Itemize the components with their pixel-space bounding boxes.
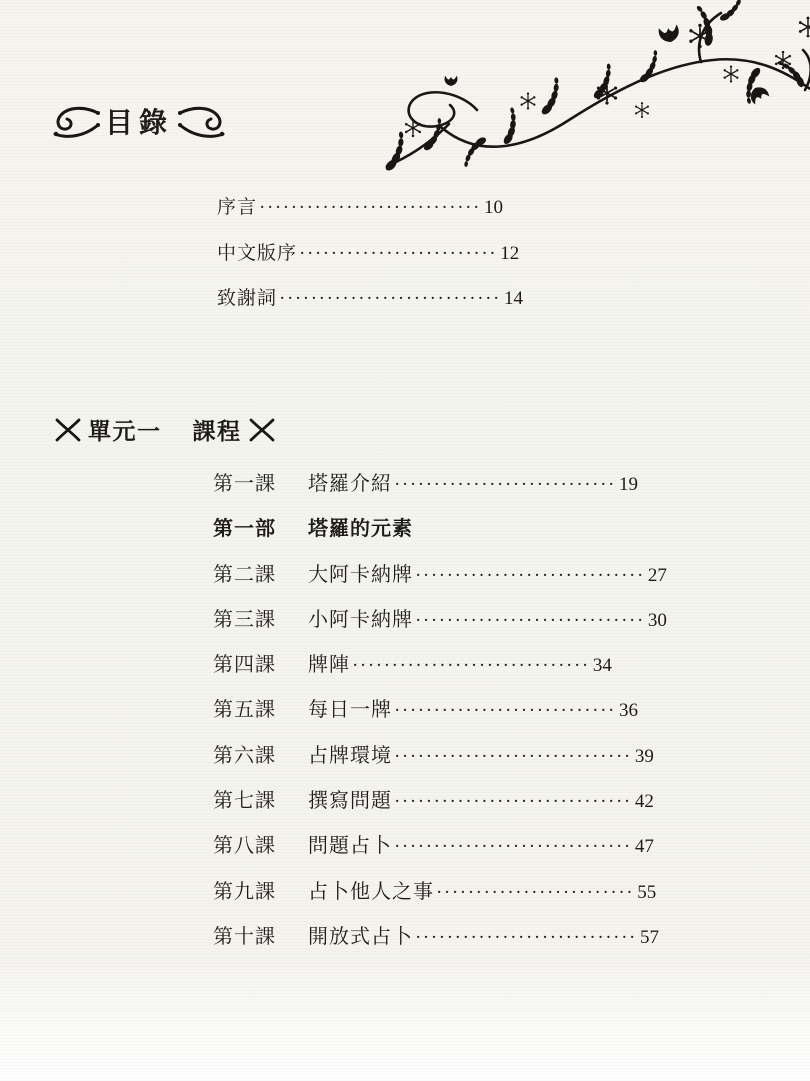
entry-title: 致謝詞 — [217, 283, 277, 310]
dot-leader: ······························ — [394, 746, 632, 768]
page-number: 55 — [637, 882, 656, 904]
dot-leader: ······························ — [352, 655, 590, 677]
toc-entry-row: 第三課 小阿卡納牌 ····························· … — [213, 603, 783, 628]
crossed-leaf-mark-right-icon — [249, 417, 275, 443]
dot-leader: ···························· — [259, 197, 481, 219]
dot-leader: ························· — [436, 882, 634, 904]
dot-leader: ····························· — [415, 610, 645, 632]
crossed-leaf-mark-left-icon — [55, 417, 81, 443]
entry-label: 第三課 — [213, 603, 308, 632]
floral-vine-ornament-icon — [385, 0, 810, 175]
toc-entry-row: 中文版序 ························· 12 — [217, 238, 777, 262]
page-number: 30 — [648, 610, 667, 632]
toc-entry-row: 第六課 占牌環境 ······························ … — [213, 739, 783, 764]
dot-leader: ···························· — [279, 288, 501, 310]
entry-title: 小阿卡納牌 — [308, 603, 413, 632]
entry-label: 第九課 — [213, 875, 308, 904]
entry-title: 每日一牌 — [308, 693, 392, 722]
entry-title: 塔羅介紹 — [308, 467, 392, 496]
title-flourish-right-icon — [178, 105, 226, 139]
page-number: 39 — [635, 746, 654, 768]
entry-title: 占牌環境 — [308, 739, 392, 768]
entry-label: 第四課 — [213, 648, 308, 677]
toc-entry-row: 第二課 大阿卡納牌 ····························· … — [213, 558, 783, 583]
lesson-list: 第一課 塔羅介紹 ···························· 19… — [213, 467, 783, 965]
dot-leader: ···························· — [394, 700, 616, 722]
entry-title: 牌陣 — [308, 648, 350, 677]
page-number: 57 — [640, 927, 659, 949]
page-title-text: 目錄 — [105, 101, 173, 141]
entry-label: 第五課 — [213, 693, 308, 722]
entry-label: 第七課 — [213, 784, 308, 813]
entry-label: 第十課 — [213, 920, 308, 949]
toc-entry-row: 第一課 塔羅介紹 ···························· 19 — [213, 467, 783, 492]
entry-title: 大阿卡納牌 — [308, 558, 413, 587]
toc-entry-row: 第四課 牌陣 ······························ 34 — [213, 648, 783, 673]
entry-label: 第一部 — [213, 512, 308, 541]
entry-label: 第一課 — [213, 467, 308, 496]
page-number: 36 — [619, 700, 638, 722]
toc-entry-row: 第七課 撰寫問題 ······························ … — [213, 784, 783, 809]
toc-part-row: 第一部 塔羅的元素 — [213, 512, 783, 537]
page-number: 34 — [593, 655, 612, 677]
toc-entry-row: 序言 ···························· 10 — [217, 192, 777, 216]
entry-title: 塔羅的元素 — [308, 512, 413, 541]
entry-title: 問題占卜 — [308, 829, 392, 858]
dot-leader: ······························ — [394, 836, 632, 858]
dot-leader: ···························· — [415, 927, 637, 949]
dot-leader: ···························· — [394, 474, 616, 496]
entry-title: 撰寫問題 — [308, 784, 392, 813]
title-flourish-left-icon — [52, 105, 100, 139]
entry-label: 第二課 — [213, 558, 308, 587]
page-number: 12 — [500, 243, 519, 265]
entry-label: 第六課 — [213, 739, 308, 768]
entry-title: 占卜他人之事 — [308, 875, 434, 904]
dot-leader: ····························· — [415, 565, 645, 587]
toc-page: 目錄 序言 ···························· 10 中文… — [0, 0, 810, 1081]
unit-title: 課程 — [193, 413, 242, 446]
dot-leader: ························· — [299, 243, 497, 265]
page-number: 19 — [619, 474, 638, 496]
page-number: 27 — [648, 565, 667, 587]
entry-title: 序言 — [217, 192, 257, 219]
page-number: 47 — [635, 836, 654, 858]
toc-entry-row: 第五課 每日一牌 ···························· 36 — [213, 693, 783, 718]
toc-entry-row: 第九課 占卜他人之事 ························· 55 — [213, 875, 783, 900]
page-number: 42 — [635, 791, 654, 813]
unit-label: 單元一 — [88, 413, 162, 446]
front-matter-list: 序言 ···························· 10 中文版序 … — [217, 192, 777, 329]
toc-entry-row: 第十課 開放式占卜 ···························· 5… — [213, 920, 783, 945]
entry-title: 開放式占卜 — [308, 920, 413, 949]
page-title: 目錄 — [52, 102, 226, 142]
page-number: 10 — [484, 197, 503, 219]
page-number: 14 — [504, 288, 523, 310]
unit-heading: 單元一 課程 — [55, 413, 275, 446]
toc-entry-row: 第八課 問題占卜 ······························ … — [213, 829, 783, 854]
entry-label: 第八課 — [213, 829, 308, 858]
entry-title: 中文版序 — [217, 238, 297, 265]
toc-entry-row: 致謝詞 ···························· 14 — [217, 283, 777, 307]
dot-leader: ······························ — [394, 791, 632, 813]
